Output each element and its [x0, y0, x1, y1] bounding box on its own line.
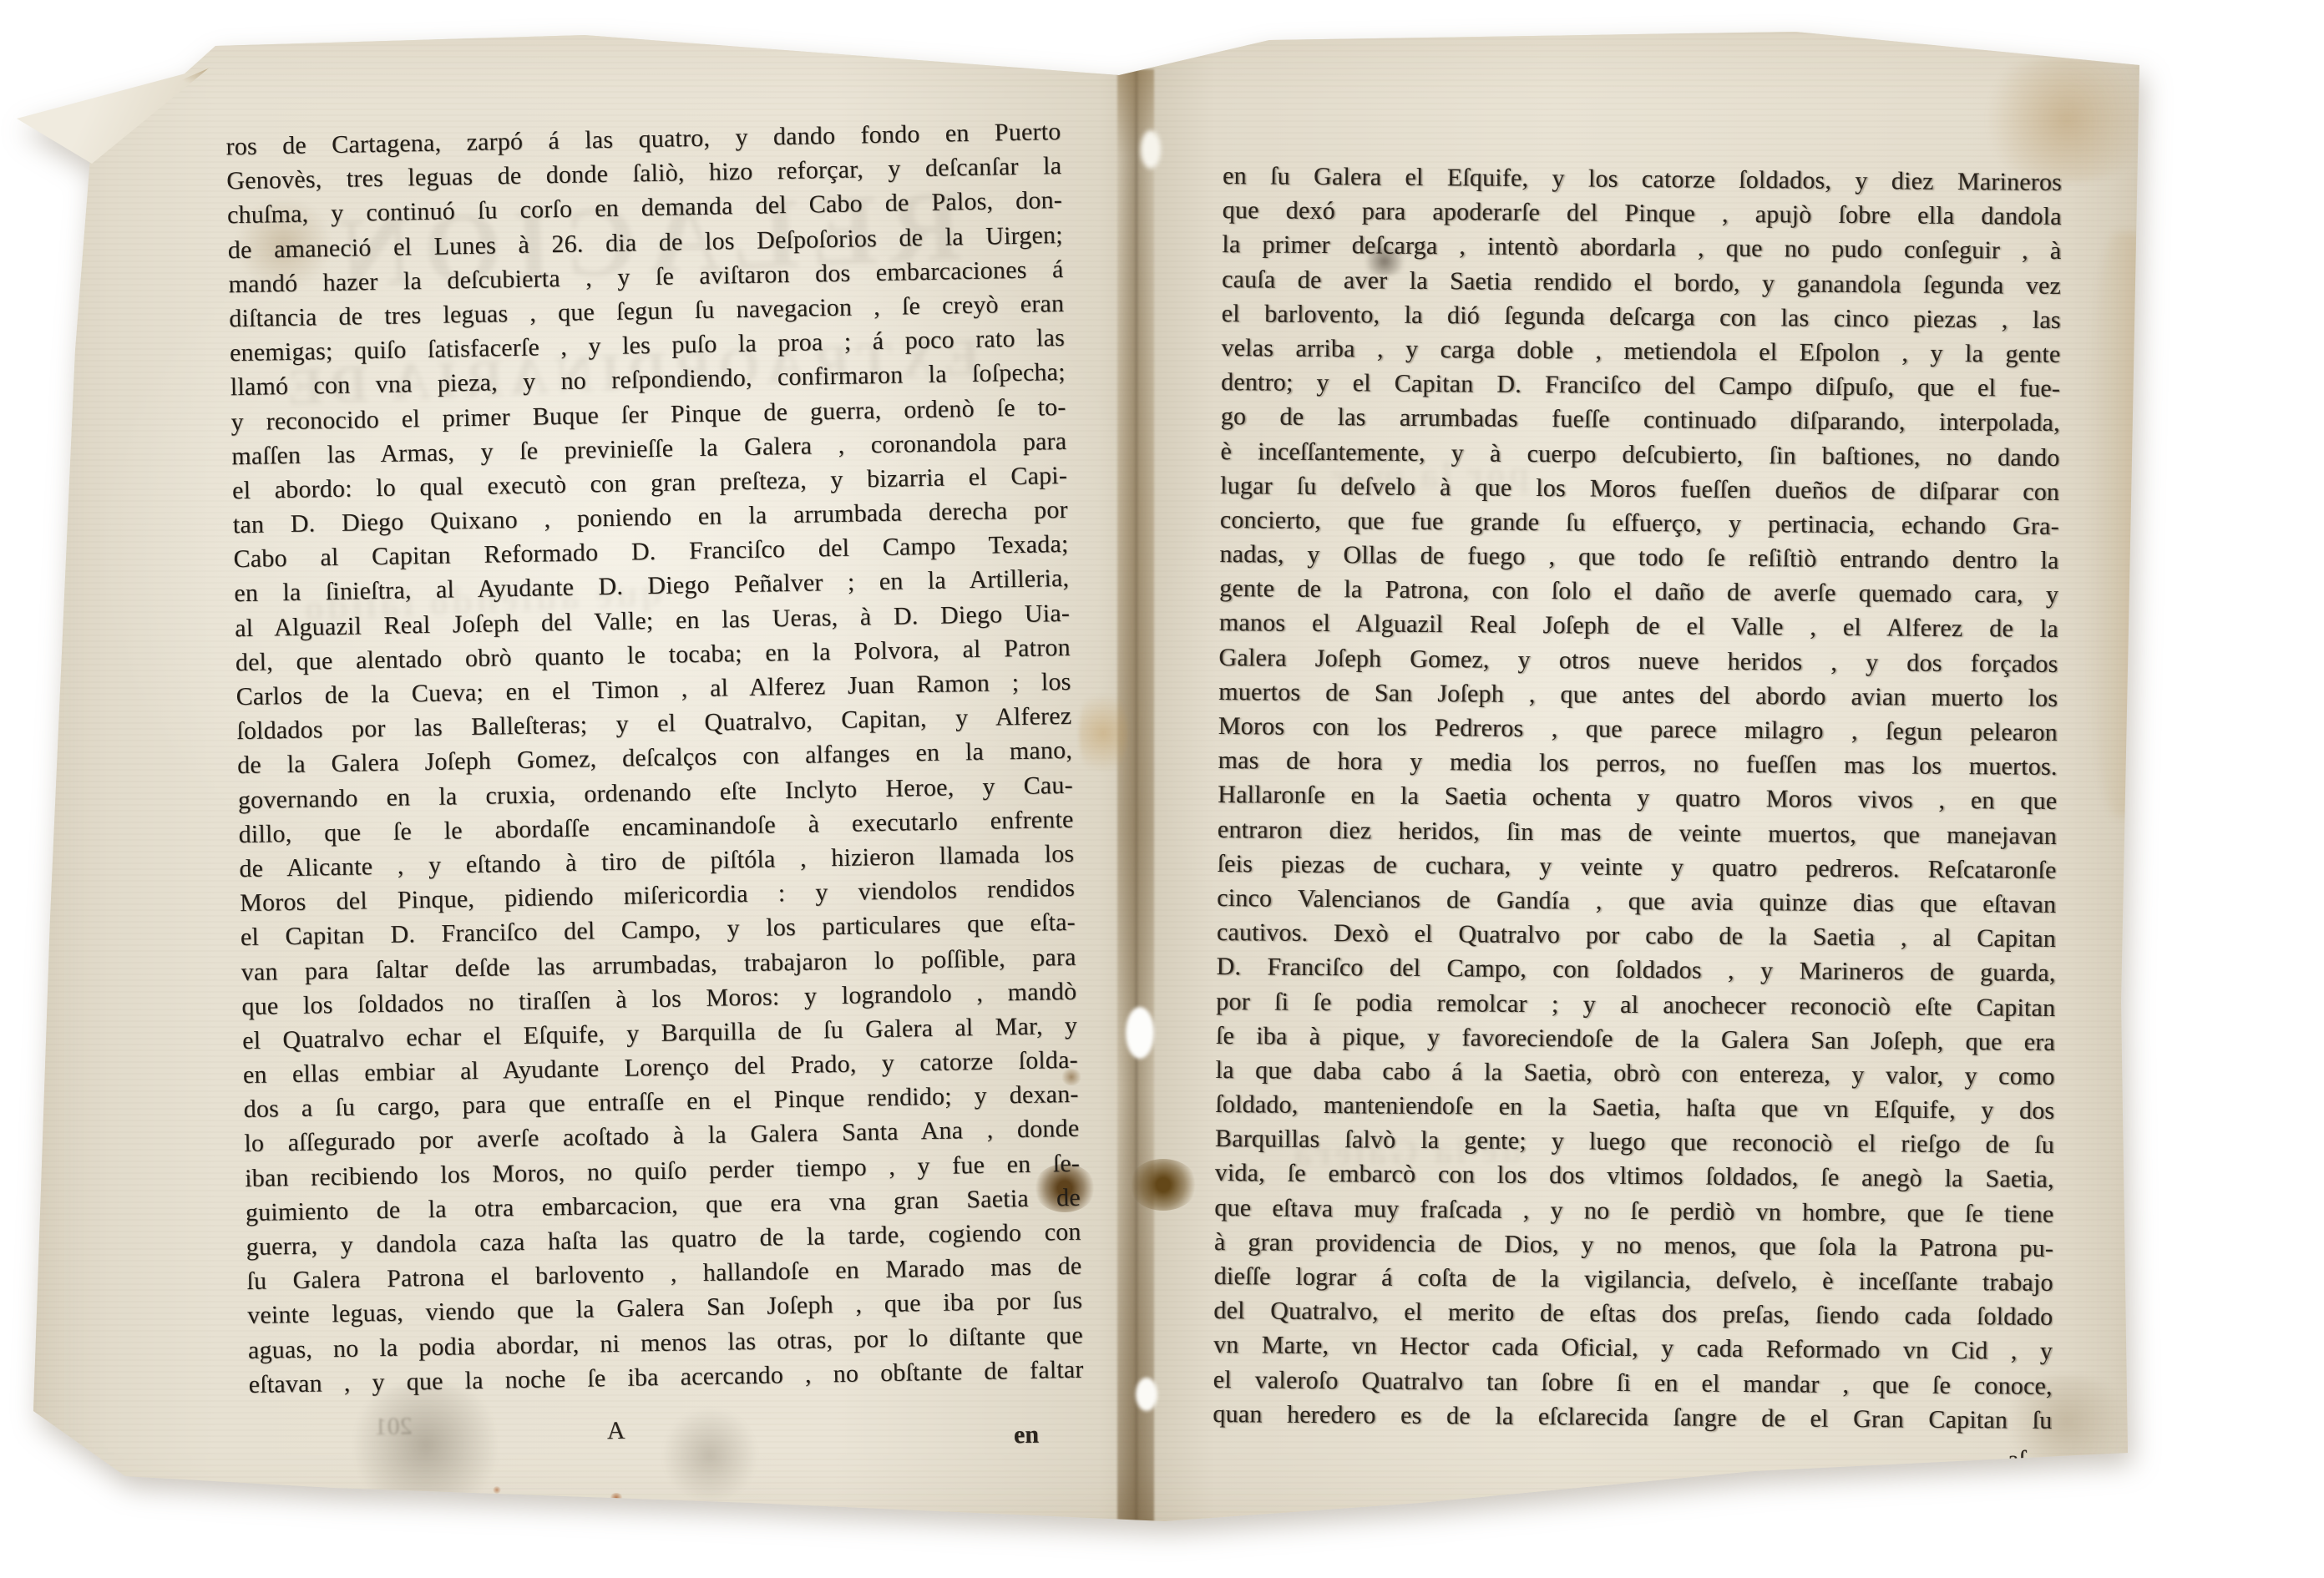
- left-page-text-block: ros de Cartagena, zarpó á las quatro, y …: [225, 114, 1084, 1402]
- screenshot-root: { "document": { "kind": "early-printed-b…: [0, 0, 2324, 1578]
- text-line: D. Franciſco del Campo, con ſoldados , y…: [1217, 949, 2056, 990]
- fox-spot: [910, 1516, 922, 1525]
- text-line: manos el Alguazil Real Joſeph de el Vall…: [1219, 605, 2058, 646]
- edge-toning: [2088, 232, 2163, 817]
- text-line: vida, ſe embarcò con los dos vltimos ſol…: [1215, 1156, 2054, 1196]
- fox-spot: [1294, 1523, 1344, 1535]
- text-line: la primer deſcarga , intentò abordarla ,…: [1222, 227, 2061, 268]
- text-line: Hallaronſe en la Saetia ochenta y quatro…: [1218, 777, 2057, 818]
- ghost-page-number: 201: [374, 1412, 413, 1441]
- left-page: RELACION EXTRAORDINARIA DE que auiendo ſ…: [225, 99, 1086, 1500]
- text-line: vn Marte, vn Hector cada Oficial, y cada…: [1213, 1328, 2053, 1368]
- text-line: quan heredero es de la eſclarecida ſangr…: [1213, 1397, 2052, 1438]
- center-fold-crease: [1117, 69, 1154, 1526]
- right-page: por la mar de la Galera en ſu Galera el …: [1213, 144, 2063, 1520]
- fox-spot: [703, 1506, 713, 1515]
- folio-sheet: RELACION EXTRAORDINARIA DE que auiendo ſ…: [0, 0, 2324, 1578]
- catchword: en: [1014, 1421, 1040, 1450]
- right-page-text-block: en ſu Galera el Eſquife, y los catorze ſ…: [1213, 159, 2062, 1438]
- text-line: go de las arrumbadas fueſſe continuado d…: [1221, 399, 2060, 440]
- paper-sheet: RELACION EXTRAORDINARIA DE que auiendo ſ…: [25, 23, 2150, 1530]
- signature-mark: A: [607, 1417, 625, 1445]
- fox-spot: [610, 1493, 623, 1503]
- catchword: aſ-: [2008, 1446, 2034, 1474]
